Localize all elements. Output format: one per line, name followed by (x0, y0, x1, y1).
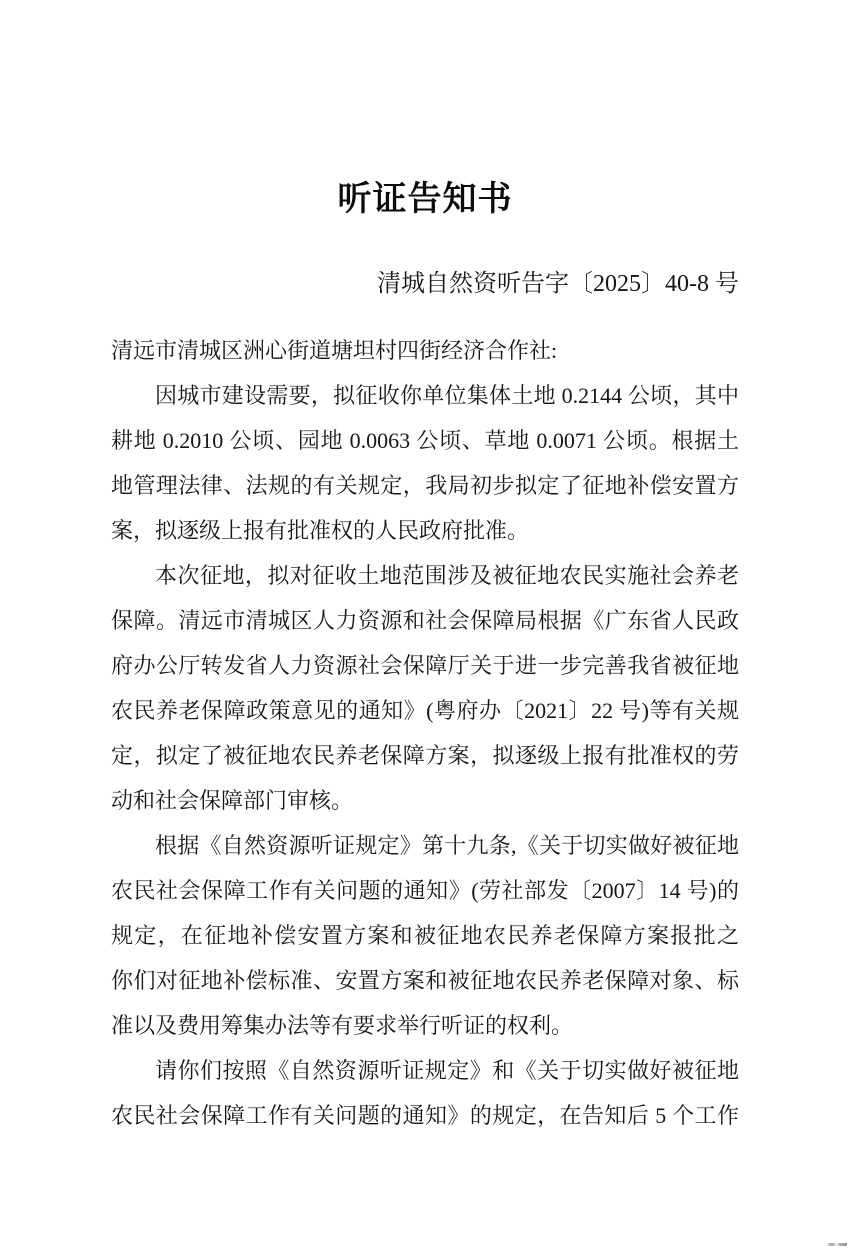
body-line: 农民社会保障工作有关问题的通知》(劳社部发〔2007〕14 号)的 (111, 868, 739, 913)
body-line: 因城市建设需要，拟征收你单位集体土地 0.2144 公顷，其中 (111, 373, 739, 418)
body-line: 保障。清远市清城区人力资源和社会保障局根据《广东省人民政 (111, 598, 739, 643)
body-line: 农民社会保障工作有关问题的通知》的规定，在告知后 5 个工作 (111, 1093, 739, 1138)
body-line: 你们对征地补偿标准、安置方案和被征地农民养老保障对象、标 (111, 958, 739, 1003)
document-number: 清城自然资听告字〔2025〕40-8 号 (111, 269, 739, 299)
body-line: 定，拟定了被征地农民养老保障方案，拟逐级上报有批准权的劳 (111, 733, 739, 778)
body-line: 准以及费用筹集办法等有要求举行听证的权利。 (111, 1003, 739, 1048)
body-line: 耕地 0.2010 公顷、园地 0.0063 公顷、草地 0.0071 公顷。根… (111, 418, 739, 463)
body-line: 府办公厅转发省人力资源社会保障厅关于进一步完善我省被征地 (111, 643, 739, 688)
document-title: 听证告知书 (111, 0, 739, 219)
body-line: 动和社会保障部门审核。 (111, 778, 739, 823)
body-line-salutation: 清远市清城区洲心街道塘坦村四街经济合作社: (111, 328, 739, 373)
body-line: 地管理法律、法规的有关规定，我局初步拟定了征地补偿安置方 (111, 463, 739, 508)
document-page: 听证告知书 清城自然资听告字〔2025〕40-8 号 清远市清城区洲心街道塘坦村… (0, 0, 850, 1250)
body-line: 农民养老保障政策意见的通知》(粤府办〔2021〕22 号)等有关规 (111, 688, 739, 733)
body-line: 根据《自然资源听证规定》第十九条,《关于切实做好被征地 (111, 823, 739, 868)
document-body: 清远市清城区洲心街道塘坦村四街经济合作社: 因城市建设需要，拟征收你单位集体土地… (111, 328, 739, 1138)
scan-noise-artifact (828, 1243, 847, 1246)
body-line: 规定，在征地补偿安置方案和被征地农民养老保障方案报批之前， (111, 913, 739, 958)
body-line: 请你们按照《自然资源听证规定》和《关于切实做好被征地 (111, 1048, 739, 1093)
document-content: 听证告知书 清城自然资听告字〔2025〕40-8 号 清远市清城区洲心街道塘坦村… (0, 0, 850, 1138)
body-line: 案，拟逐级上报有批准权的人民政府批准。 (111, 508, 739, 553)
body-line: 本次征地，拟对征收土地范围涉及被征地农民实施社会养老 (111, 553, 739, 598)
